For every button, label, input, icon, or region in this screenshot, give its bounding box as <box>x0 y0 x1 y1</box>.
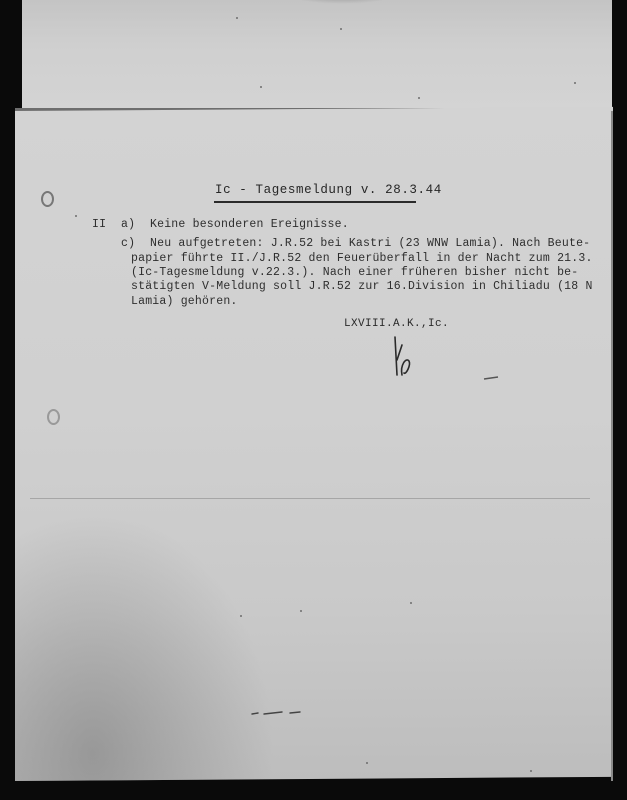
item-c-line-1: Neu aufgetreten: J.R.52 bei Kastri (23 W… <box>150 237 590 250</box>
item-c-line-5: Lamia) gehören. <box>131 295 238 308</box>
item-c-line-3: (Ic-Tagesmeldung v.22.3.). Nach einer fr… <box>131 266 578 279</box>
document-content: Ic - Tagesmeldung v. 28.3.44 II a) Keine… <box>0 0 627 800</box>
dust-speck <box>574 82 576 84</box>
item-c-line-4: stätigten V-Meldung soll J.R.52 zur 16.D… <box>131 280 593 293</box>
dust-speck <box>236 17 238 19</box>
dust-speck <box>240 615 242 617</box>
dust-speck <box>530 770 532 772</box>
dust-speck <box>340 28 342 30</box>
dust-speck <box>366 762 368 764</box>
ink-smudge-icon <box>250 710 310 716</box>
handwritten-signature-icon <box>392 335 414 380</box>
dust-speck <box>260 86 262 88</box>
item-c-marker: c) <box>121 237 135 250</box>
item-c-line-2: papier führte II./J.R.52 den Feuerüberfa… <box>131 252 593 265</box>
dust-speck <box>300 610 302 612</box>
title-underline <box>214 201 416 203</box>
item-a-marker: a) <box>121 218 135 231</box>
signature-block: LXVIII.A.K.,Ic. <box>344 318 449 330</box>
dust-speck <box>410 602 412 604</box>
document-title: Ic - Tagesmeldung v. 28.3.44 <box>215 183 442 197</box>
section-label: II <box>92 218 106 231</box>
item-a-text: Keine besonderen Ereignisse. <box>150 218 349 231</box>
stray-mark-icon <box>483 376 499 380</box>
dust-speck <box>75 215 77 217</box>
dust-speck <box>418 97 420 99</box>
